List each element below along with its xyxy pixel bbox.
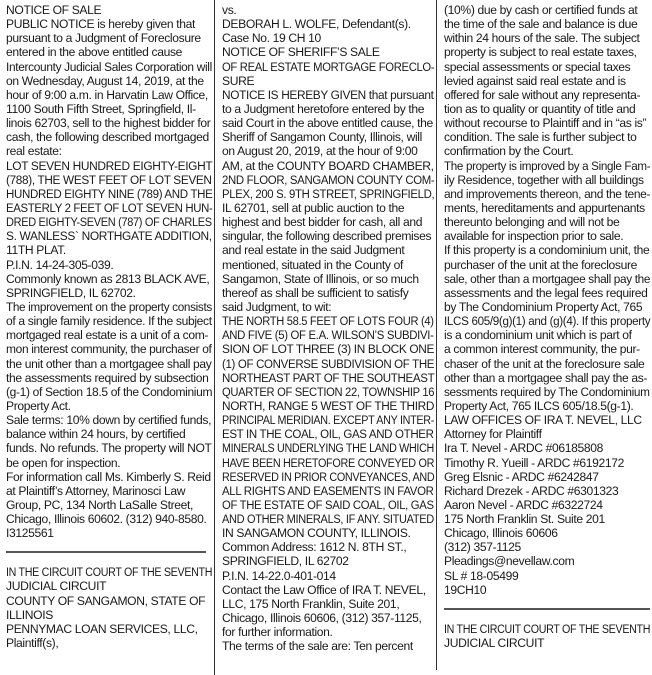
notice-line: Ira T. Nevel - ARDC #06185808: [444, 441, 650, 455]
notice-line: chaser of the unit at the foreclosure sa…: [444, 357, 650, 371]
notice-line: IN SANGAMON COUNTY, ILLINOIS.: [222, 526, 434, 540]
notice-line: JUDICIAL CIRCUIT: [6, 579, 212, 593]
notice-line: PRINCIPAL MERIDIAN. EXCEPT ANY INTER-: [222, 413, 411, 427]
notice-line: and improvements thereon, and the tene-: [444, 187, 648, 201]
notice-line: NOTICE OF SHERIFF’S SALE: [222, 45, 434, 59]
notice-line: mortgaged real estate is a unit of a com…: [6, 328, 212, 342]
notice-line: 19CH10: [444, 583, 650, 597]
notice-line: singular, the following described premis…: [222, 229, 434, 243]
notice-line: offered for sale without any representa-: [444, 88, 650, 102]
notice-line: If this property is a condominium unit, …: [444, 243, 650, 257]
notice-line: on August 20, 2019, at the hour of 9:00: [222, 144, 434, 158]
notice-line: IN THE CIRCUIT COURT OF THE SEVENTH: [444, 622, 626, 636]
notice-line: at Plaintiff’s Attorney, Marinosci Law: [6, 484, 212, 498]
notice-line: real estate:: [6, 144, 212, 158]
notice-line: (312) 357-1125: [444, 540, 650, 554]
column-1: NOTICE OF SALEPUBLIC NOTICE is hereby gi…: [6, 3, 212, 650]
notice-line: Property Act.: [6, 399, 212, 413]
notice-line: pursuant to a Judgment of Foreclosure: [6, 31, 212, 45]
notice-line: Common Address: 1612 N. 8TH ST.,: [222, 540, 434, 554]
notice-line: available for inspection prior to sale.: [444, 229, 650, 243]
column-3: (10%) due by cash or certified funds att…: [444, 3, 650, 650]
notice-line: ALL RIGHTS AND EASEMENTS IN FAVOR: [222, 484, 423, 498]
notice-line: vs.: [222, 3, 434, 17]
notice-line: ILCS 605/9(g)(1) and (g)(4). If this pro…: [444, 314, 642, 328]
notice-line: on Wednesday, August 14, 2019, at the: [6, 74, 212, 88]
notice-separator: [444, 608, 650, 610]
notice-line: DRED EIGHTY-SEVEN (787) OF CHARLES: [6, 215, 193, 229]
notice-line: the time of the sale and balance is due: [444, 17, 650, 31]
notice-line: within 24 hours of the sale. The subject: [444, 31, 650, 45]
notice-line: said Judgment, to wit:: [222, 300, 434, 314]
notice-line: IN THE CIRCUIT COURT OF THE SEVENTH: [6, 565, 188, 579]
notice-line: The improvement on the property consists: [6, 300, 206, 314]
notice-line: 175 North Franklin St. Suite 201: [444, 512, 650, 526]
notice-line: purchaser of the unit at the foreclosure: [444, 258, 650, 272]
notice-line: AND OTHER MINERALS, IF ANY. SITUATED: [222, 512, 415, 526]
column-2: vs.DEBORAH L. WOLFE, Defendant(s).Case N…: [222, 3, 434, 653]
legal-notice: vs.DEBORAH L. WOLFE, Defendant(s).Case N…: [222, 3, 434, 653]
notice-line: HAVE BEEN HERETOFORE CONVEYED OR: [222, 456, 412, 470]
notice-line: 1100 South Fifth Street, Springfield, Il…: [6, 102, 212, 116]
notice-line: The property is improved by a Single Fam…: [444, 159, 642, 173]
legal-notice: (10%) due by cash or certified funds att…: [444, 3, 650, 597]
notice-line: PENNYMAC LOAN SERVICES, LLC,: [6, 622, 212, 636]
notice-line: without recourse to Plaintiff and in “as…: [444, 116, 650, 130]
notice-line: property is subject to real estate taxes…: [444, 45, 650, 59]
notice-line: a common interest community, the pur-: [444, 342, 650, 356]
notice-line: (1) OF CONVERSE SUBDIVISION OF THE: [222, 357, 424, 371]
notice-line: SURE: [222, 74, 434, 88]
legal-notices-page: NOTICE OF SALEPUBLIC NOTICE is hereby gi…: [0, 0, 652, 675]
notice-line: Aaron Nevel - ARDC #6322724: [444, 498, 650, 512]
notice-line: Sangamon, State of Illinois, or so much: [222, 272, 434, 286]
notice-line: Contact the Law Office of IRA T. NEVEL,: [222, 583, 434, 597]
notice-line: EST IN THE COAL, OIL, GAS AND OTHER: [222, 427, 424, 441]
notice-line: and real estate in the said Judgment: [222, 243, 434, 257]
notice-line: S. WANLESS` NORTHGATE ADDITION,: [6, 229, 209, 243]
notice-line: Attorney for Plaintiff: [444, 427, 650, 441]
notice-line: (10%) due by cash or certified funds at: [444, 3, 650, 17]
notice-line: IL 62701, sell at public auction to the: [222, 201, 434, 215]
notice-line: NOTICE OF SALE: [6, 3, 212, 17]
notice-line: P.I.N. 14-22.0-401-014: [222, 569, 434, 583]
notice-line: by The Condominium Property Act, 765: [444, 300, 650, 314]
notice-line: other than a mortgagee shall pay the as-: [444, 371, 650, 385]
notice-line: QUARTER OF SECTION 22, TOWNSHIP 16: [222, 385, 418, 399]
notice-line: Intercounty Judicial Sales Corporation w…: [6, 60, 209, 74]
notice-line: special assessments or special taxes: [444, 60, 650, 74]
notice-line: Case No. 19 CH 10: [222, 31, 434, 45]
notice-line: thereof as shall be sufficient to satisf…: [222, 286, 434, 300]
column-divider: [436, 0, 437, 670]
notice-line: PLEX, 200 S. 9TH STREET, SPRINGFIELD,: [222, 187, 421, 201]
notice-line: SL # 18-05499: [444, 569, 650, 583]
notice-line: sessments required by The Condominium: [444, 385, 645, 399]
notice-line: to a Judgment heretofore entered by the: [222, 102, 434, 116]
notice-line: 2ND FLOOR, SANGAMON COUNTY COM-: [222, 173, 422, 187]
legal-notice: IN THE CIRCUIT COURT OF THE SEVENTHJUDIC…: [444, 622, 650, 650]
legal-notice: NOTICE OF SALEPUBLIC NOTICE is hereby gi…: [6, 3, 212, 540]
notice-line: AM, at the COUNTY BOARD CHAMBER,: [222, 159, 434, 173]
notice-line: ILLINOIS: [6, 608, 212, 622]
notice-line: condition. The sale is further subject t…: [444, 130, 650, 144]
notice-line: SPRINGFIELD, IL 62702.: [6, 286, 212, 300]
notice-line: JUDICIAL CIRCUIT: [444, 636, 650, 650]
notice-line: Property Act, 765 ILCS 605/18.5(g-1).: [444, 399, 650, 413]
notice-line: Timothy R. Yueill - ARDC #6192172: [444, 456, 650, 470]
notice-line: SION OF LOT THREE (3) IN BLOCK ONE: [222, 342, 430, 356]
notice-line: confirmation by the Court.: [444, 144, 650, 158]
notice-line: highest and best bidder for cash, all an…: [222, 215, 434, 229]
notice-line: balance within 24 hours, by certified: [6, 427, 212, 441]
notice-line: tion as to quality or quantity of title …: [444, 102, 650, 116]
notice-line: linois 62703, sell to the highest bidder…: [6, 116, 212, 130]
notice-line: the assessments required by subsection: [6, 371, 212, 385]
notice-line: Pleadings@nevellaw.com: [444, 554, 650, 568]
notice-line: said Court in the above entitled cause, …: [222, 116, 434, 130]
notice-line: DEBORAH L. WOLFE, Defendant(s).: [222, 17, 434, 31]
notice-line: MINERALS UNDERLYING THE LAND WHICH: [222, 441, 410, 455]
notice-line: assessments and the legal fees required: [444, 286, 650, 300]
notice-line: is a condominium unit which is part of: [444, 328, 650, 342]
notice-line: Commonly known as 2813 BLACK AVE,: [6, 272, 212, 286]
notice-line: OF REAL ESTATE MORTGAGE FORECLO-: [222, 60, 419, 74]
notice-line: P.I.N. 14-24-305-039.: [6, 258, 212, 272]
notice-line: for further information.: [222, 625, 434, 639]
notice-line: the unit other than a mortgagee shall pa…: [6, 357, 212, 371]
notice-line: Plaintiff(s),: [6, 636, 212, 650]
notice-line: RESERVED IN PRIOR CONVEYANCES, AND: [222, 470, 411, 484]
notice-line: funds. No refunds. The property will NOT: [6, 441, 212, 455]
notice-line: Group, PC, 134 North LaSalle Street,: [6, 498, 212, 512]
notice-line: cash, the following described mortgaged: [6, 130, 212, 144]
notice-line: SPRINGFIELD, IL 62702: [222, 554, 434, 568]
notice-line: 11TH PLAT.: [6, 243, 212, 257]
notice-line: PUBLIC NOTICE is hereby given that: [6, 17, 212, 31]
notice-line: LOT SEVEN HUNDRED EIGHTY-EIGHT: [6, 159, 209, 173]
notice-line: AND FIVE (5) OF E.A. WILSON’S SUBDIVI-: [222, 328, 422, 342]
legal-notice: IN THE CIRCUIT COURT OF THE SEVENTHJUDIC…: [6, 565, 212, 650]
notice-line: (788), THE WEST FEET OF LOT SEVEN: [6, 173, 207, 187]
notice-line: ments, hereditaments and appurtenants: [444, 201, 650, 215]
notice-line: mon interest community, the purchaser of: [6, 342, 210, 356]
notice-line: THE NORTH 58.5 FEET OF LOTS FOUR (4): [222, 314, 417, 328]
notice-line: The terms of the sale are: Ten percent: [222, 639, 434, 653]
notice-line: COUNTY OF SANGAMON, STATE OF: [6, 594, 212, 608]
notice-line: Chicago, Illinois 60606: [444, 526, 650, 540]
notice-line: Sheriff of Sangamon County, Illinois, wi…: [222, 130, 434, 144]
notice-line: Richard Drezek - ARDC #6301323: [444, 484, 650, 498]
notice-line: NORTH, RANGE 5 WEST OF THE THIRD: [222, 399, 429, 413]
notice-line: NORTHEAST PART OF THE SOUTHEAST: [222, 371, 424, 385]
notice-line: Greg Elsnic - ARDC #6242847: [444, 470, 650, 484]
notice-line: For information call Ms. Kimberly S. Rei…: [6, 470, 212, 484]
notice-line: (g-1) of Section 18.5 of the Condominium: [6, 385, 211, 399]
notice-line: mentioned, situated in the County of: [222, 258, 434, 272]
notice-line: HUNDRED EIGHTY NINE (789) AND THE: [6, 187, 203, 201]
notice-line: sale, other than a mortgagee shall pay t…: [444, 272, 645, 286]
notice-line: Chicago, Illinois 60606, (312) 357-1125,: [222, 611, 434, 625]
column-divider: [214, 0, 215, 675]
notice-line: be open for inspection.: [6, 456, 212, 470]
notice-line: LLC, 175 North Franklin, Suite 201,: [222, 597, 434, 611]
notice-line: EASTERLY 2 FEET OF LOT SEVEN HUN-: [6, 201, 200, 215]
notice-line: hour of 9:00 a.m. in Harvatin Law Office…: [6, 88, 212, 102]
notice-line: thereunto belonging and will not be: [444, 215, 650, 229]
notice-line: I3125561: [6, 526, 212, 540]
notice-line: NOTICE IS HEREBY GIVEN that pursuant: [222, 88, 430, 102]
notice-line: entered in the above entitled cause: [6, 45, 212, 59]
notice-line: LAW OFFICES OF IRA T. NEVEL, LLC: [444, 413, 650, 427]
notice-line: Chicago, Illinois 60602. (312) 940-8580.: [6, 512, 212, 526]
notice-line: of a single family residence. If the sub…: [6, 314, 212, 328]
notice-line: Sale terms: 10% down by certified funds,: [6, 413, 212, 427]
notice-line: levied against said real estate and is: [444, 74, 650, 88]
notice-separator: [6, 551, 206, 553]
notice-line: OF THE ESTATE OF SAID COAL, OIL, GAS: [222, 498, 420, 512]
notice-line: ily Residence, together with all buildin…: [444, 173, 650, 187]
